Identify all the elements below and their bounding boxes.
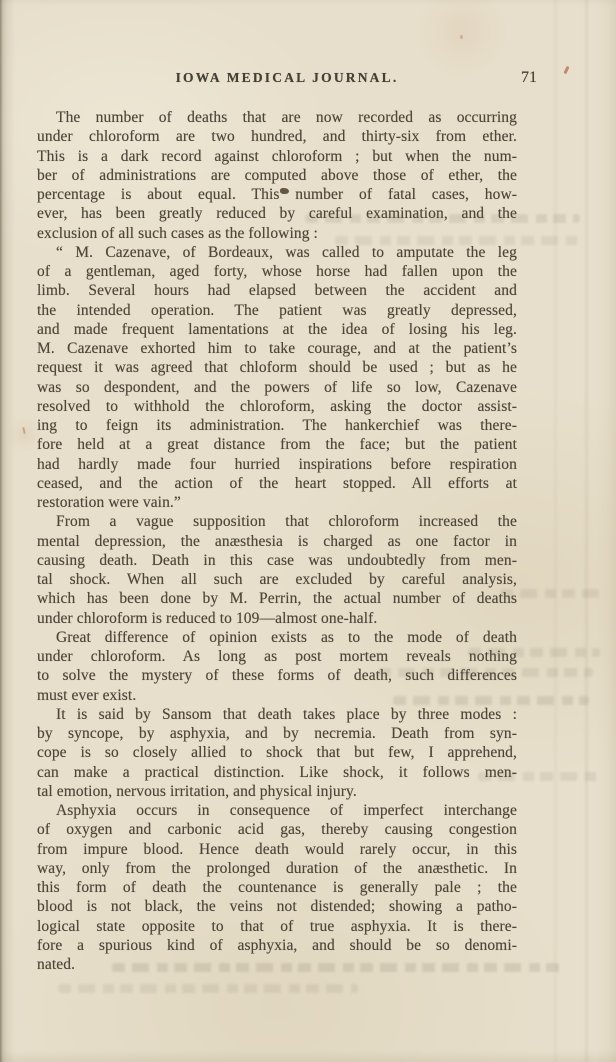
text-line: was so despondent, and the powers of lif… [37,378,517,397]
text-line: and made frequent lamentations at the id… [37,320,517,339]
page-right-edge [596,0,616,1062]
text-line: “ M. Cazenave, of Bordeaux, was called t… [37,243,517,262]
text-line: can make a practical distinction. Like s… [37,763,517,782]
text-line: the intended operation. The patient was … [37,301,517,320]
text-line: logical state opposite to that of true a… [37,917,517,936]
text-line: exclusion of all such cases as the follo… [37,224,517,243]
text-line: blood is not black, the veins not disten… [37,897,517,916]
text-line: ever, has been greatly reduced by carefu… [37,204,517,223]
text-line: resolved to withhold the chloroform, ask… [37,397,517,416]
text-line: causing death. Death in this case was un… [37,551,517,570]
text-line: of a gentleman, aged forty, whose horse … [37,262,517,281]
page-gutter-shadow [0,0,16,1062]
text-line: fore held at a great distance from the f… [37,435,517,454]
text-line: fore a spurious kind of asphyxia, and sh… [37,936,517,955]
text-line: which has been done by M. Perrin, the ac… [37,589,517,608]
text-line: this form of death the countenance is ge… [37,878,517,897]
text-line: M. Cazenave exhorted him to take courage… [37,339,517,358]
text-line: had hardly made four hurried inspiration… [37,455,517,474]
text-line: request it was agreed that chloform shou… [37,358,517,377]
text-line: ber of administrations are computed abov… [37,166,517,185]
text-line: under chloroform are two hundred, and th… [37,127,517,146]
page-header: IOWA MEDICAL JOURNAL. 71 [37,70,537,90]
text-line: nated. [37,955,517,974]
text-line: restoration were vain.” [37,493,517,512]
text-line: The number of deaths that are now record… [37,108,517,127]
text-line: It is said by Sansom that death takes pl… [37,705,517,724]
scanned-journal-page: IOWA MEDICAL JOURNAL. 71 The number of d… [0,0,616,1062]
text-line: from impure blood. Hence death would rar… [37,840,517,859]
text-line: under chloroform. As long as post mortem… [37,647,517,666]
paper-crease [583,0,590,1062]
text-line: ceased, and the action of the heart stop… [37,474,517,493]
journal-title: IOWA MEDICAL JOURNAL. [37,70,537,86]
page-bottom-edge [0,1050,616,1062]
paper-fleck [22,427,25,434]
text-line: percentage is about equal. This number o… [37,185,517,204]
page-number: 71 [521,69,537,87]
paper-fleck [563,66,569,75]
text-line: way, only from the prolonged duration of… [37,859,517,878]
text-line: From a vague supposition that chloroform… [37,512,517,531]
text-line: to solve the mystery of these forms of d… [37,666,517,685]
text-line: ing to feign its administration. The han… [37,416,517,435]
text-line: must ever exist. [37,686,517,705]
text-line: cope is so closely allied to shock that … [37,743,517,762]
text-line: tal shock. When all such are excluded by… [37,570,517,589]
text-line: by syncope, by asphyxia, and by necremia… [37,724,517,743]
paper-crease [552,0,559,1062]
text-line: limb. Several hours had elapsed between … [37,281,517,300]
text-line: mental depression, the anæsthesia is cha… [37,532,517,551]
text-line: Asphyxia occurs in consequence of imperf… [37,801,517,820]
page-body-text: The number of deaths that are now record… [37,108,517,974]
text-line: tal emotion, nervous irritation, and phy… [37,782,517,801]
text-line: of oxygen and carbonic acid gas, thereby… [37,820,517,839]
paper-fleck [460,35,463,39]
text-line: under chloroform is reduced to 109—almos… [37,609,517,628]
text-line: This is a dark record against chloroform… [37,147,517,166]
bleed-through-text [58,984,358,993]
text-line: Great difference of opinion exists as to… [37,628,517,647]
